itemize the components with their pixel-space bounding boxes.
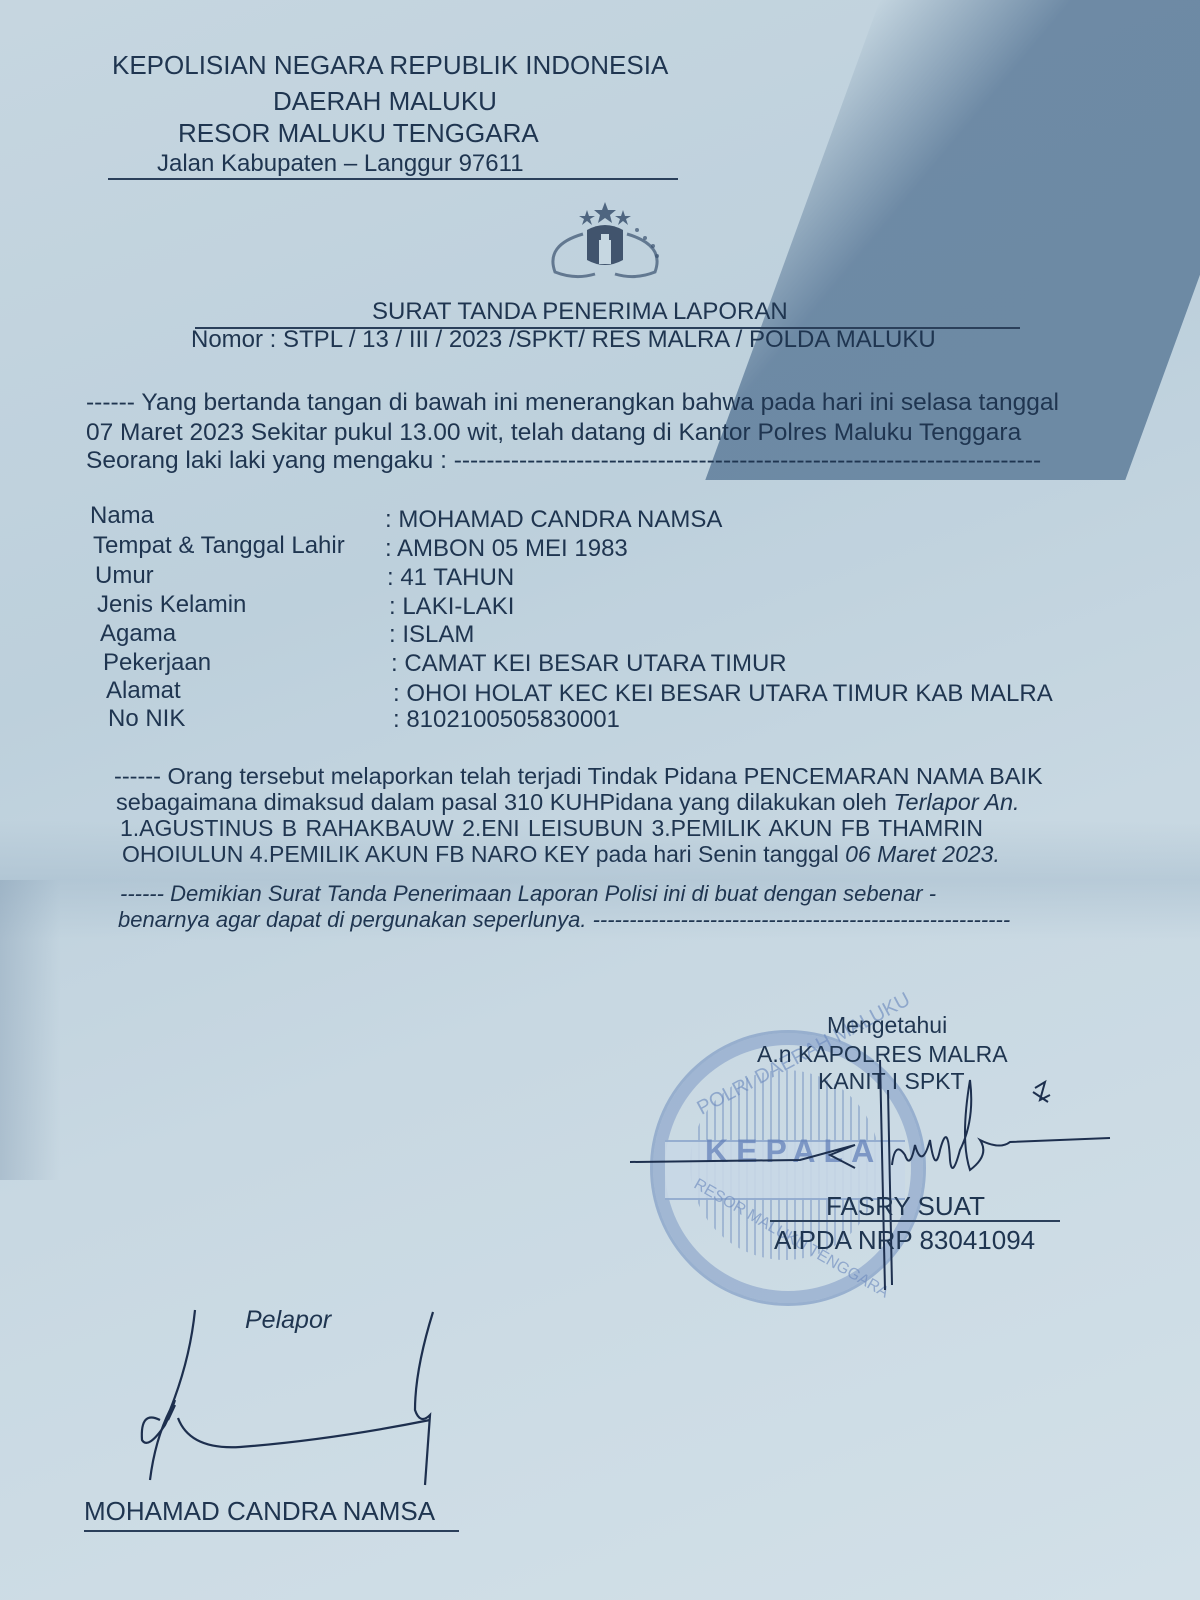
reporter-signature — [130, 1300, 450, 1500]
field-value-age: : 41 TAHUN — [387, 564, 514, 592]
report-line-2-text: sebagaimana dimaksud dalam pasal 310 KUH… — [116, 789, 893, 815]
field-label-gender: Jenis Kelamin — [97, 591, 246, 619]
report-line-4-text: OHOIULUN 4.PEMILIK AKUN FB NARO KEY pada… — [122, 841, 845, 867]
closing-line-1: ------ Demikian Surat Tanda Penerimaan L… — [120, 881, 936, 907]
field-value-religion: : ISLAM — [389, 621, 474, 649]
report-line-4: OHOIULUN 4.PEMILIK AKUN FB NARO KEY pada… — [122, 841, 1000, 868]
report-line-4-italic: 06 Maret 2023. — [845, 841, 1000, 867]
agency-name: KEPOLISIAN NEGARA REPUBLIK INDONESIA — [112, 50, 668, 81]
field-value-name: : MOHAMAD CANDRA NAMSA — [385, 506, 722, 534]
officer-rank-id: AIPDA NRP 83041094 — [774, 1225, 1035, 1256]
field-label-address: Alamat — [106, 677, 181, 705]
letterhead-divider — [108, 178, 678, 180]
agency-address: Jalan Kabupaten – Langgur 97611 — [157, 150, 524, 178]
field-label-name: Nama — [90, 502, 154, 530]
report-line-2: sebagaimana dimaksud dalam pasal 310 KUH… — [116, 789, 1020, 816]
report-line-3: 1.AGUSTINUS B RAHAKBAUW 2.ENI LEISUBUN 3… — [120, 815, 983, 842]
acknowledged-label: Mengetahui — [827, 1012, 947, 1039]
intro-line-2: 07 Maret 2023 Sekitar pukul 13.00 wit, t… — [86, 419, 1021, 447]
field-value-address: : OHOI HOLAT KEC KEI BESAR UTARA TIMUR K… — [393, 680, 1053, 708]
field-label-age: Umur — [95, 562, 154, 590]
officer-name: FASRY SUAT — [826, 1191, 985, 1222]
field-value-birth: : AMBON 05 MEI 1983 — [385, 535, 628, 563]
intro-line-3: Seorang laki laki yang mengaku : -------… — [86, 447, 1041, 475]
report-line-1: ------ Orang tersebut melaporkan telah t… — [114, 763, 1043, 790]
closing-line-2: benarnya agar dapat di pergunakan seperl… — [118, 907, 1010, 933]
field-label-occupation: Pekerjaan — [103, 649, 211, 677]
region-name: DAERAH MALUKU — [273, 86, 497, 117]
document-number: Nomor : STPL / 13 / III / 2023 /SPKT/ RE… — [191, 326, 936, 354]
intro-line-1: ------ Yang bertanda tangan di bawah ini… — [86, 389, 1059, 417]
field-value-gender: : LAKI-LAKI — [389, 593, 514, 621]
field-label-nik: No NIK — [108, 705, 185, 733]
police-emblem-icon — [535, 200, 675, 285]
document-title: SURAT TANDA PENERIMA LAPORAN — [372, 298, 788, 326]
reporter-name-underline — [84, 1530, 459, 1532]
field-value-nik: : 8102100505830001 — [393, 706, 620, 734]
field-label-birth: Tempat & Tanggal Lahir — [93, 532, 345, 560]
paper-edge-shadow — [0, 880, 60, 1180]
field-label-religion: Agama — [100, 620, 176, 648]
report-line-2-italic: Terlapor An. — [893, 789, 1019, 815]
officer-name-underline — [770, 1220, 1060, 1222]
resort-name: RESOR MALUKU TENGGARA — [178, 118, 539, 149]
reporter-name: MOHAMAD CANDRA NAMSA — [84, 1496, 435, 1527]
field-value-occupation: : CAMAT KEI BESAR UTARA TIMUR — [391, 650, 787, 678]
